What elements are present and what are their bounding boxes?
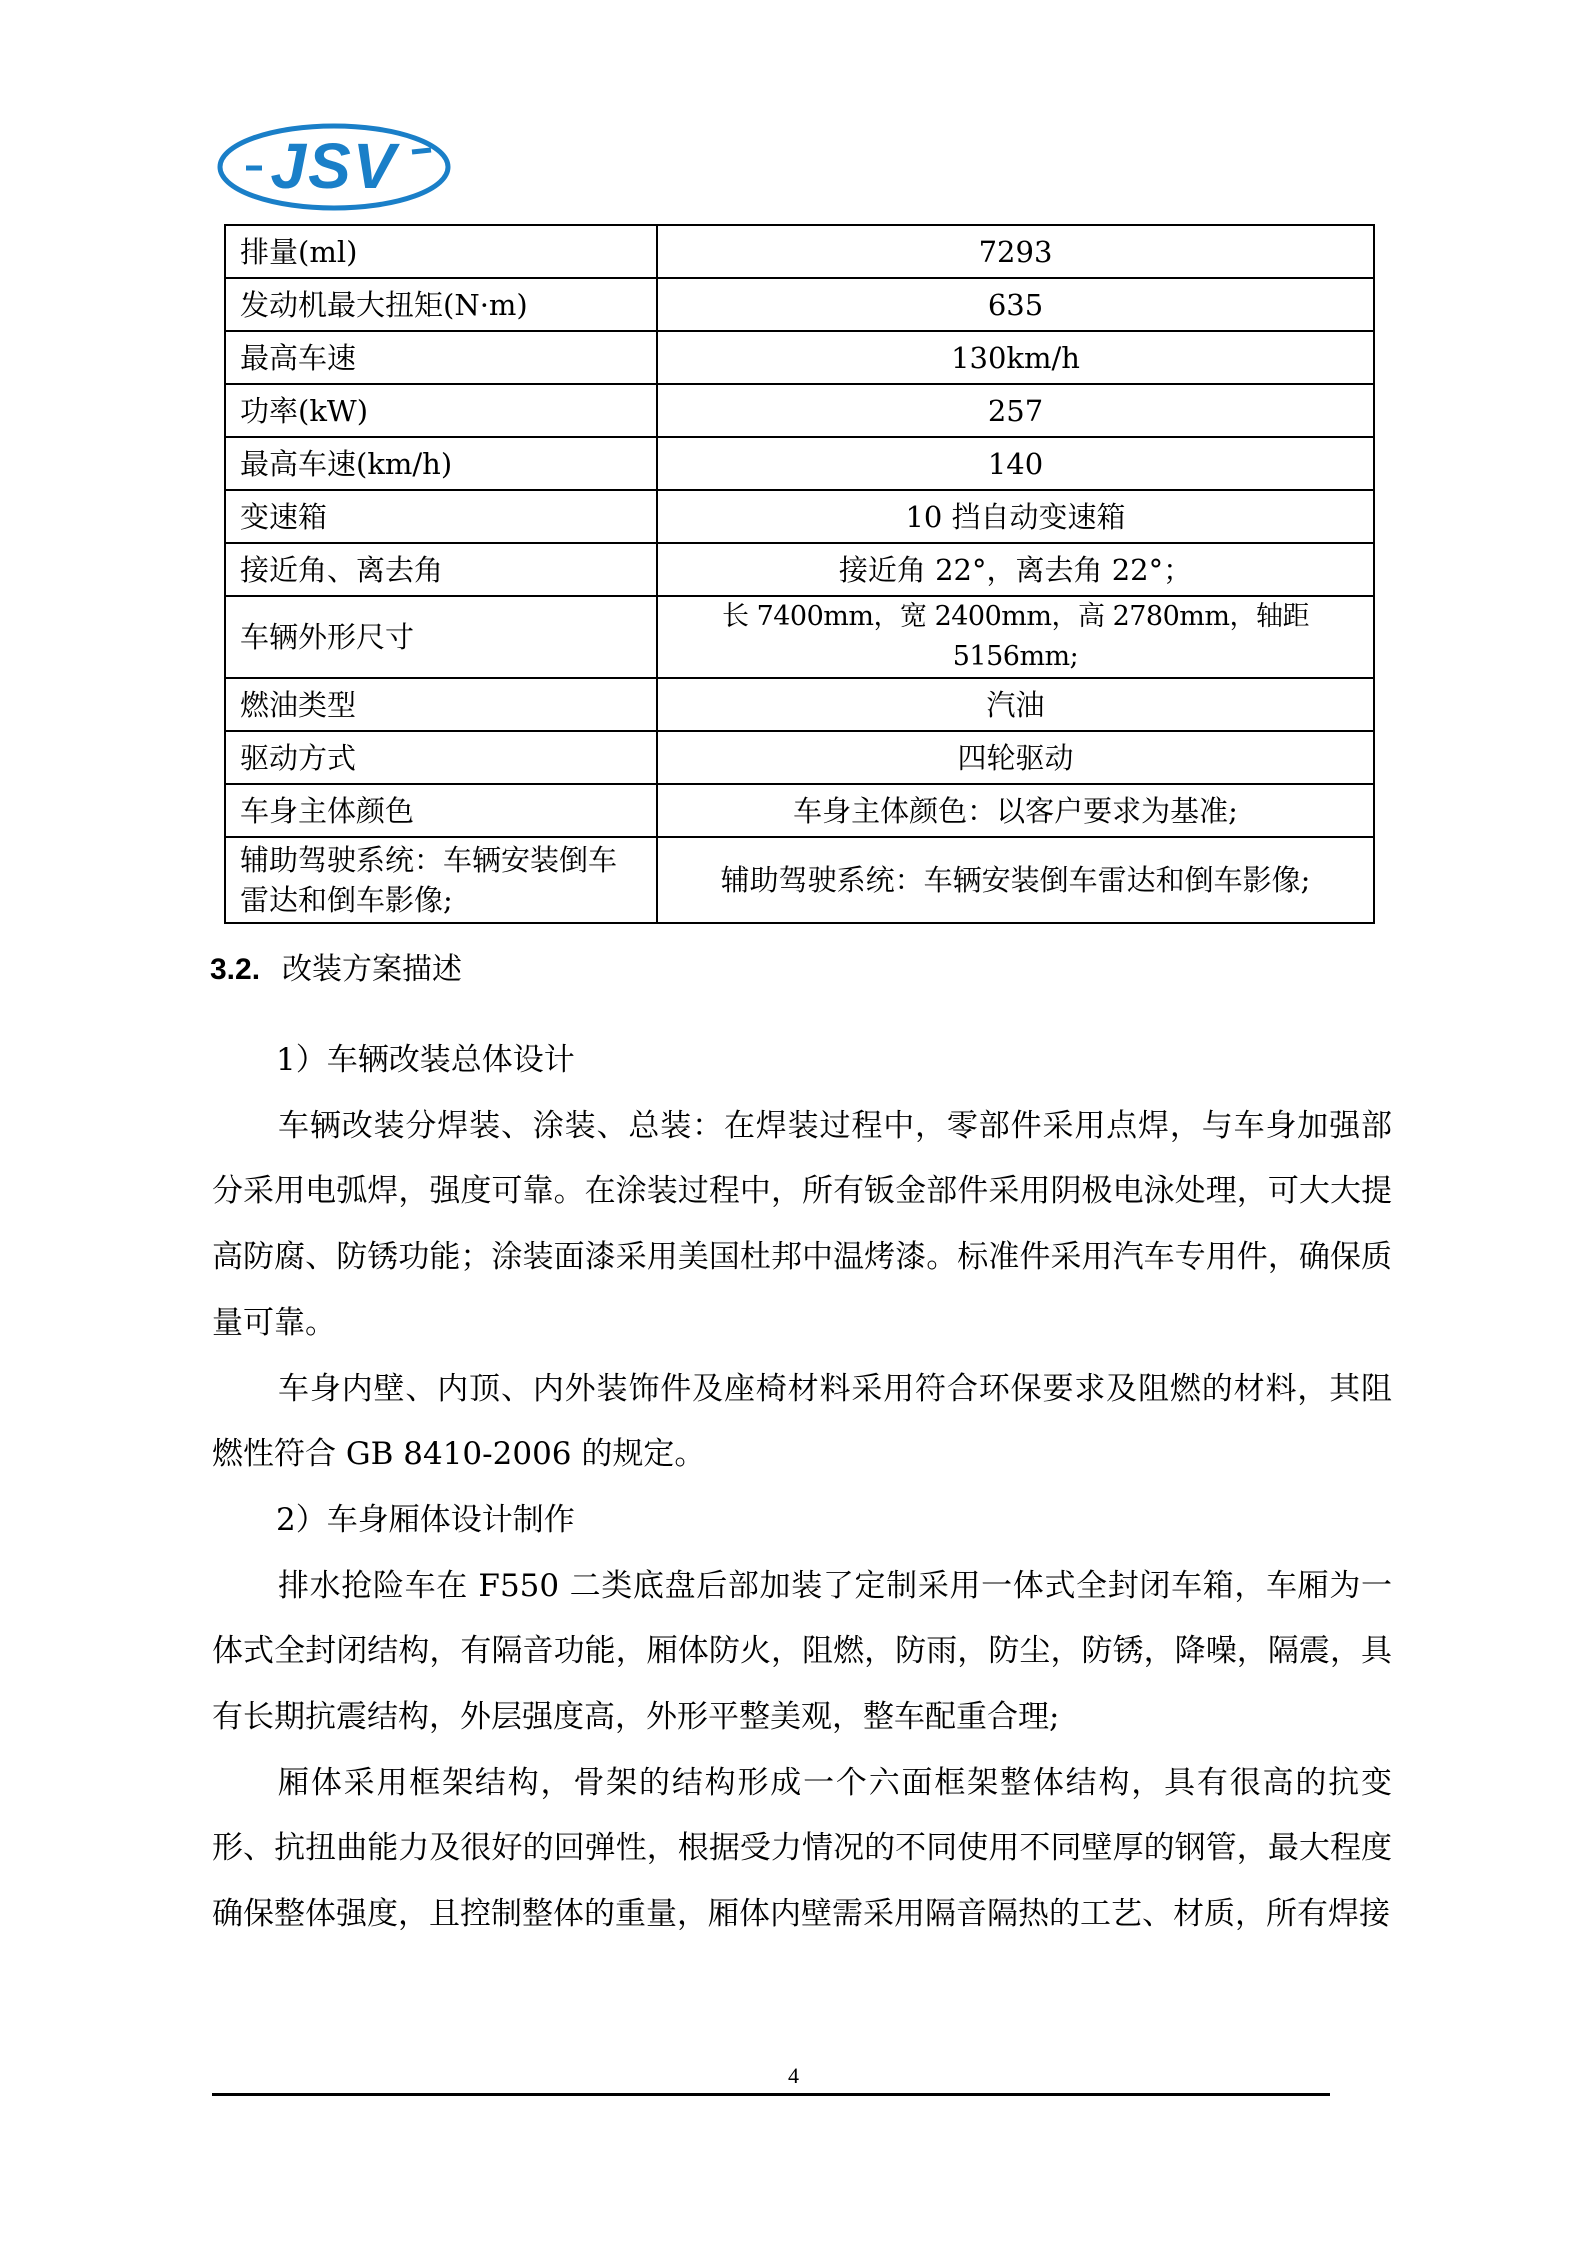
table-row: 变速箱10 挡自动变速箱 — [225, 490, 1374, 543]
paragraph: 车辆改装分焊装、涂装、总装：在焊装过程中，零部件采用点焊，与车身加强部分采用电弧… — [212, 1094, 1392, 1357]
section-title: 改装方案描述 — [282, 952, 462, 987]
table-row: 发动机最大扭矩(N·m)635 — [225, 278, 1374, 331]
subsection-title: 1）车辆改装总体设计 — [212, 1028, 1392, 1094]
table-row: 接近角、离去角接近角 22°，离去角 22°； — [225, 543, 1374, 596]
table-row: 最高车速130km/h — [225, 331, 1374, 384]
table-row: 车辆外形尺寸长 7400mm，宽 2400mm，高 2780mm，轴距 5156… — [225, 596, 1374, 678]
spec-value: 汽油 — [657, 678, 1374, 731]
spec-label: 最高车速 — [225, 331, 657, 384]
paragraph: 厢体采用框架结构，骨架的结构形成一个六面框架整体结构，具有很高的抗变形、抗扭曲能… — [212, 1751, 1392, 1948]
spec-value: 车身主体颜色：以客户要求为基准; — [657, 784, 1374, 837]
svg-text:JSV: JSV — [271, 130, 401, 202]
spec-label: 变速箱 — [225, 490, 657, 543]
spec-label: 发动机最大扭矩(N·m) — [225, 278, 657, 331]
section-body: 1）车辆改装总体设计 车辆改装分焊装、涂装、总装：在焊装过程中，零部件采用点焊，… — [212, 1028, 1392, 1948]
spec-value: 长 7400mm，宽 2400mm，高 2780mm，轴距 5156mm; — [657, 596, 1374, 678]
table-row: 排量(ml)7293 — [225, 225, 1374, 278]
footer-divider — [212, 2093, 1330, 2096]
spec-value: 10 挡自动变速箱 — [657, 490, 1374, 543]
spec-label: 驱动方式 — [225, 731, 657, 784]
section-heading: 3.2.改装方案描述 — [210, 948, 462, 992]
spec-value: 635 — [657, 278, 1374, 331]
spec-value: 140 — [657, 437, 1374, 490]
paragraph: 排水抢险车在 F550 二类底盘后部加装了定制采用一体式全封闭车箱，车厢为一体式… — [212, 1554, 1392, 1751]
table-row: 车身主体颜色车身主体颜色：以客户要求为基准; — [225, 784, 1374, 837]
spec-value: 四轮驱动 — [657, 731, 1374, 784]
spec-label: 接近角、离去角 — [225, 543, 657, 596]
jsv-logo-icon: JSV — [216, 122, 452, 212]
table-row: 最高车速(km/h)140 — [225, 437, 1374, 490]
spec-value: 7293 — [657, 225, 1374, 278]
spec-label: 燃油类型 — [225, 678, 657, 731]
page-number: 4 — [0, 2063, 1587, 2089]
spec-value: 接近角 22°，离去角 22°； — [657, 543, 1374, 596]
section-number: 3.2. — [210, 953, 260, 986]
table-row: 辅助驾驶系统：车辆安装倒车雷达和倒车影像;辅助驾驶系统：车辆安装倒车雷达和倒车影… — [225, 837, 1374, 923]
jsv-logo: JSV — [216, 122, 452, 212]
spec-label: 车身主体颜色 — [225, 784, 657, 837]
spec-label: 最高车速(km/h) — [225, 437, 657, 490]
paragraph: 车身内壁、内顶、内外装饰件及座椅材料采用符合环保要求及阻燃的材料，其阻燃性符合 … — [212, 1357, 1392, 1488]
spec-label: 排量(ml) — [225, 225, 657, 278]
spec-value: 辅助驾驶系统：车辆安装倒车雷达和倒车影像; — [657, 837, 1374, 923]
spec-value: 257 — [657, 384, 1374, 437]
table-row: 燃油类型汽油 — [225, 678, 1374, 731]
table-row: 功率(kW)257 — [225, 384, 1374, 437]
subsection-title: 2）车身厢体设计制作 — [212, 1488, 1392, 1554]
spec-label: 车辆外形尺寸 — [225, 596, 657, 678]
table-row: 驱动方式四轮驱动 — [225, 731, 1374, 784]
spec-value: 130km/h — [657, 331, 1374, 384]
vehicle-spec-table: 排量(ml)7293 发动机最大扭矩(N·m)635 最高车速130km/h 功… — [224, 224, 1375, 924]
spec-label: 功率(kW) — [225, 384, 657, 437]
spec-label: 辅助驾驶系统：车辆安装倒车雷达和倒车影像; — [225, 837, 657, 923]
